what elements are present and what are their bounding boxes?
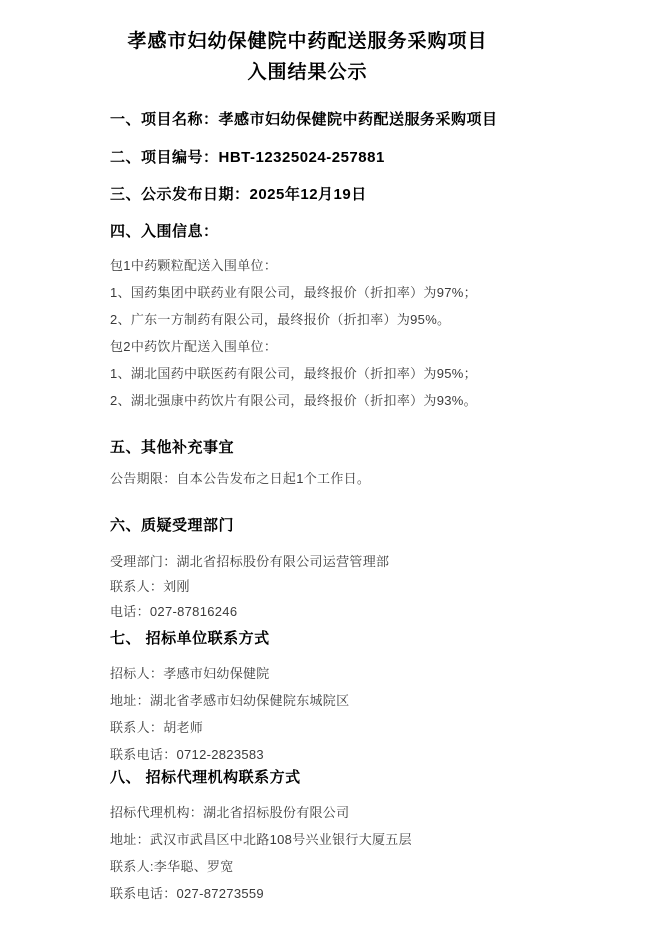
document-title-line1: 孝感市妇幼保健院中药配送服务采购项目 [110,26,505,57]
agency-name: 招标代理机构：湖北省招标股份有限公司 [110,804,541,821]
announcement-period: 公告期限：自本公告发布之日起1个工作日。 [110,470,541,487]
document-title-line2: 入围结果公示 [110,57,505,88]
heading-other-matters: 五、其他补充事宜 [110,438,541,458]
package1-winner-2: 2、广东一方制药有限公司，最终报价（折扣率）为95%。 [110,311,541,328]
package1-title: 包1中药颗粒配送入围单位： [110,257,541,274]
agency-address: 地址：武汉市武昌区中北路108号兴业银行大厦五层 [110,831,541,848]
tenderer-address: 地址：湖北省孝感市妇幼保健院东城院区 [110,692,541,709]
heading-challenge-department: 六、质疑受理部门 [110,516,541,536]
heading-project-number: 二、项目编号：HBT-12325024-257881 [110,148,541,168]
package2-winner-1: 1、湖北国药中联医药有限公司，最终报价（折扣率）为95%； [110,365,541,382]
package1-winner-1: 1、国药集团中联药业有限公司，最终报价（折扣率）为97%； [110,284,541,301]
heading-publish-date: 三、公示发布日期：2025年12月19日 [110,185,541,205]
challenge-contact-person: 联系人：刘刚 [110,578,541,595]
tenderer-contact-person: 联系人：胡老师 [110,719,541,736]
agency-phone: 联系电话：027-87273559 [110,885,541,902]
tenderer-phone: 联系电话：0712-2823583 [110,746,541,763]
document-title: 孝感市妇幼保健院中药配送服务采购项目 入围结果公示 [110,26,505,88]
heading-shortlist-info: 四、入围信息： [110,222,541,242]
accepting-department: 受理部门：湖北省招标股份有限公司运营管理部 [110,553,541,570]
document-page: 孝感市妇幼保健院中药配送服务采购项目 入围结果公示 一、项目名称：孝感市妇幼保健… [0,0,649,950]
package2-winner-2: 2、湖北强康中药饮片有限公司，最终报价（折扣率）为93%。 [110,392,541,409]
package2-title: 包2中药饮片配送入围单位： [110,338,541,355]
heading-agency-contact: 八、 招标代理机构联系方式 [110,768,541,788]
tenderer-name: 招标人：孝感市妇幼保健院 [110,665,541,682]
challenge-phone: 电话：027-87816246 [110,603,541,620]
heading-project-name: 一、项目名称：孝感市妇幼保健院中药配送服务采购项目 [110,110,541,130]
heading-tenderer-contact: 七、 招标单位联系方式 [110,629,541,649]
agency-contact-person: 联系人:李华聪、罗宽 [110,858,541,875]
